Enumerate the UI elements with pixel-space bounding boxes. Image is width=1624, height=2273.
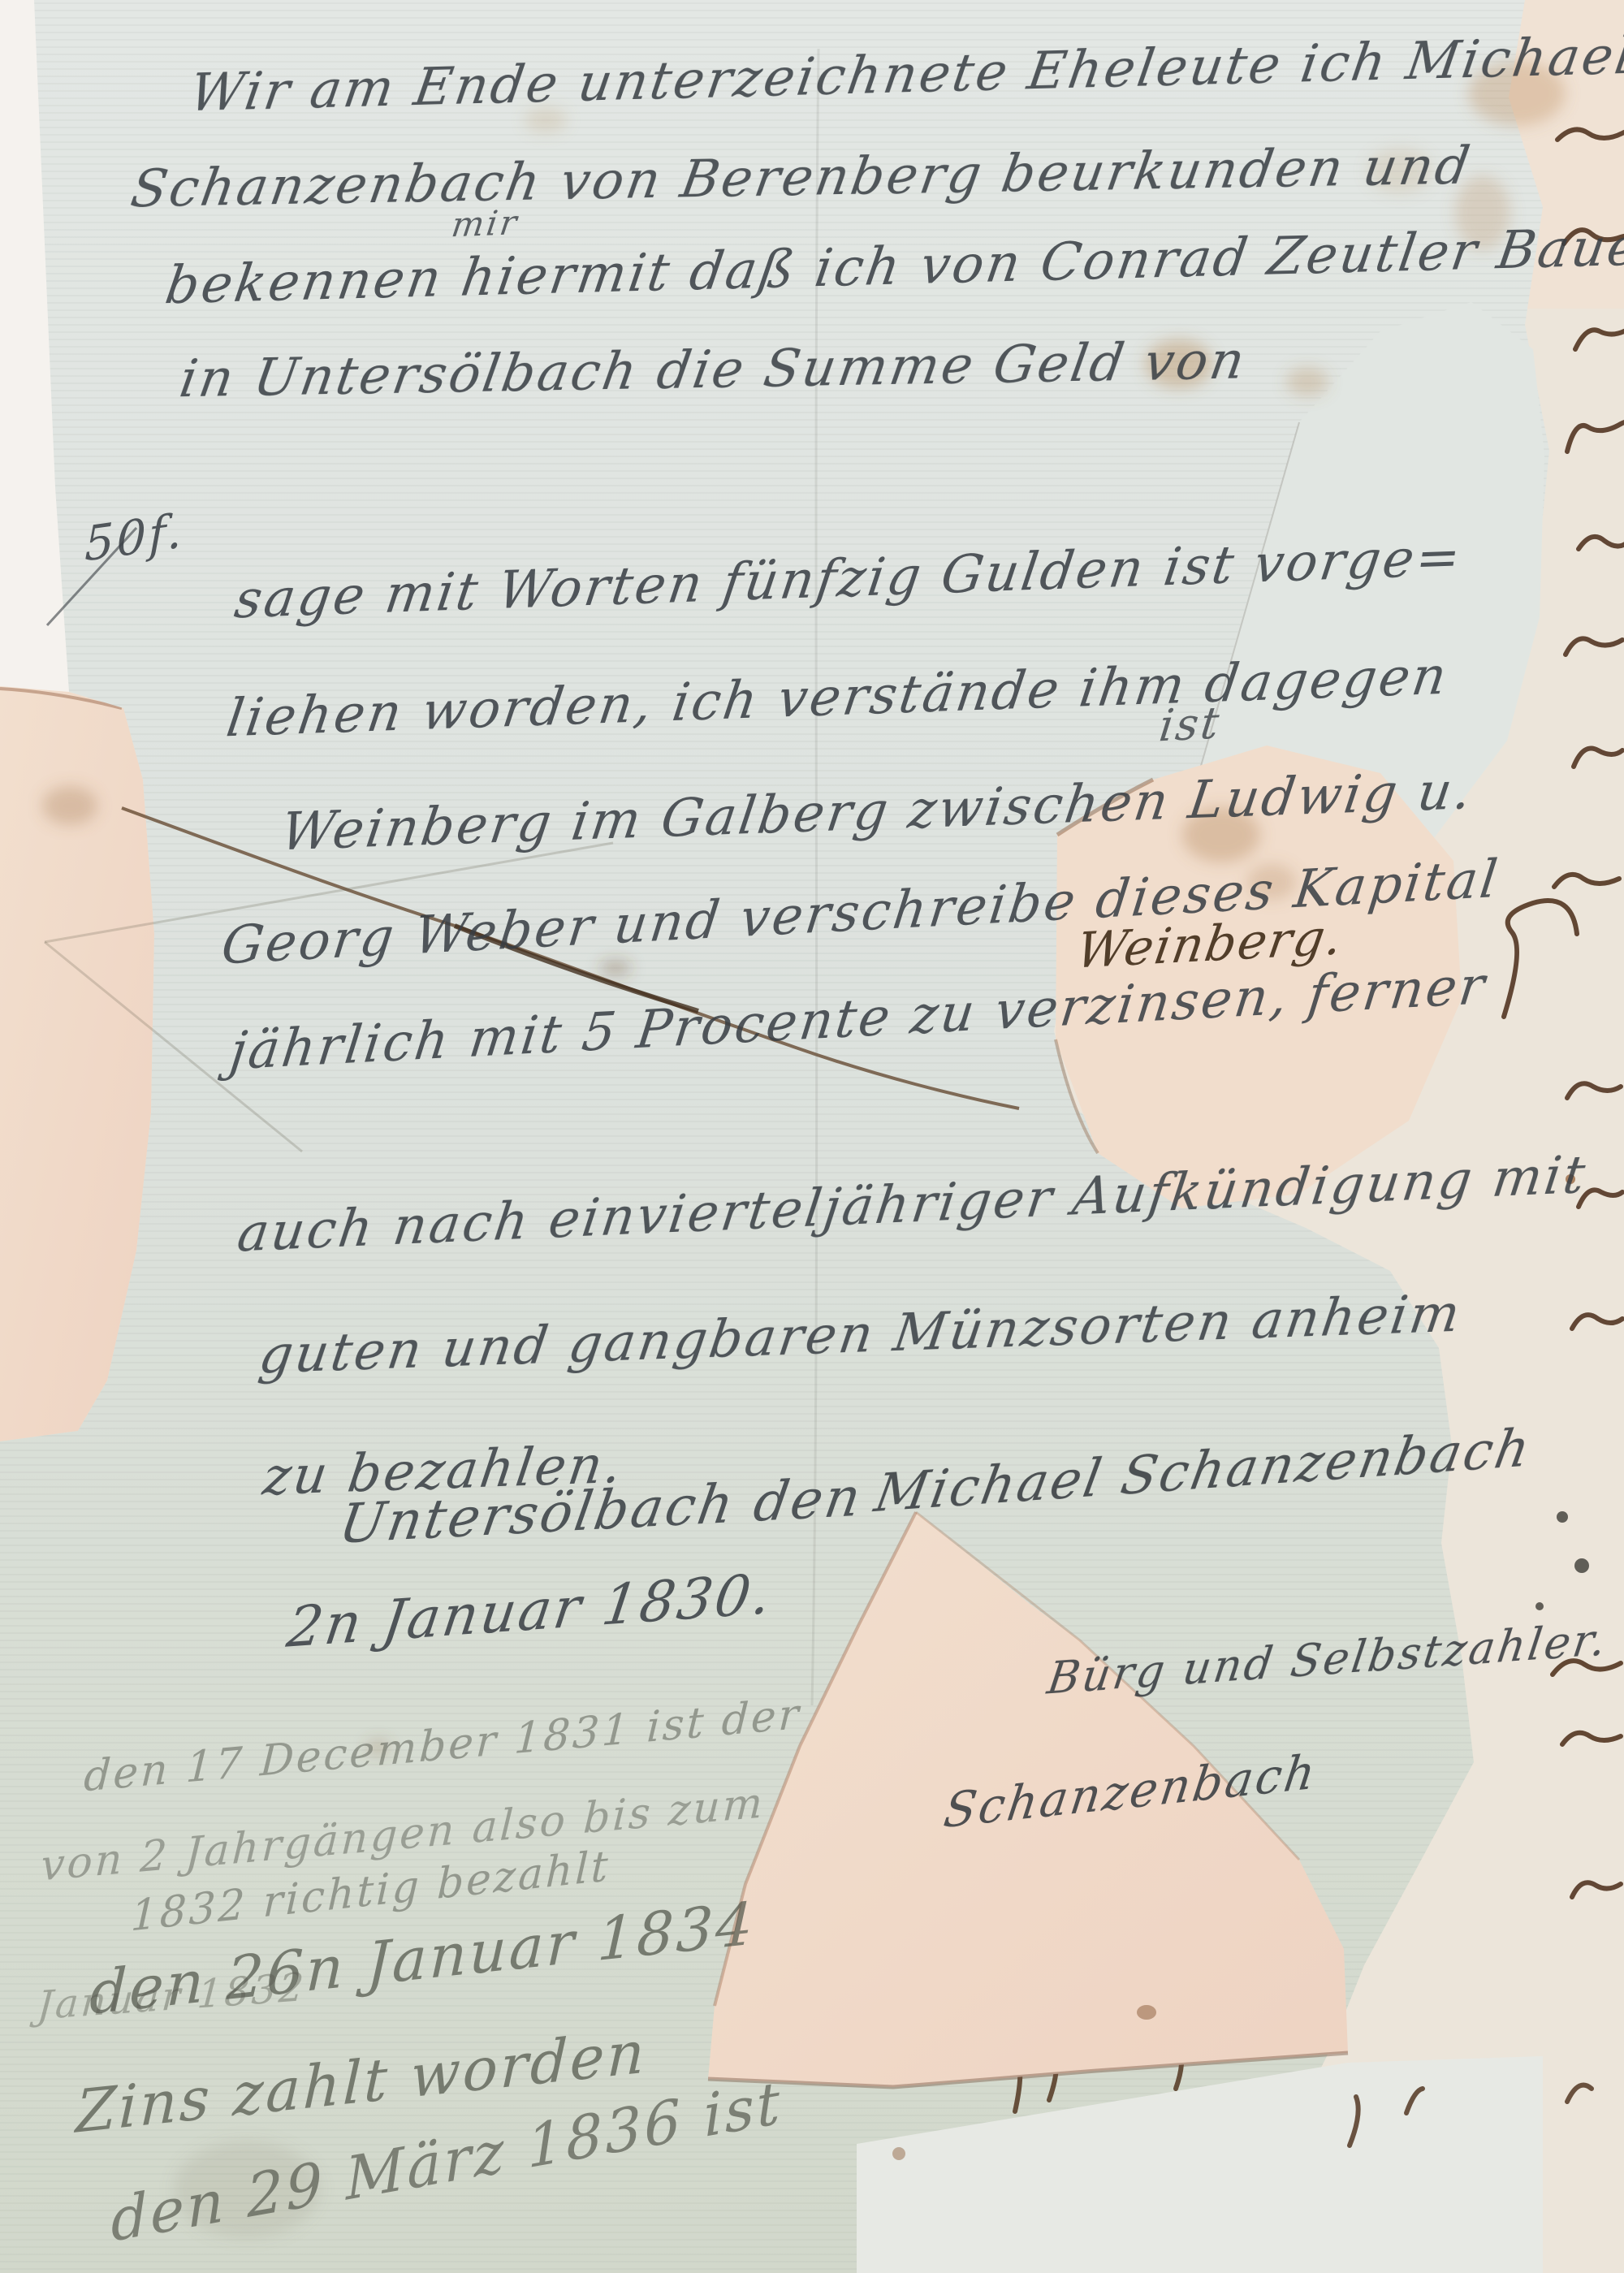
- inserted-word: mir: [449, 202, 521, 244]
- document-photo: Wir am Ende unterzeichnete Eheleute ich …: [0, 0, 1624, 2273]
- body-line-6-continuation: ist: [1156, 697, 1224, 751]
